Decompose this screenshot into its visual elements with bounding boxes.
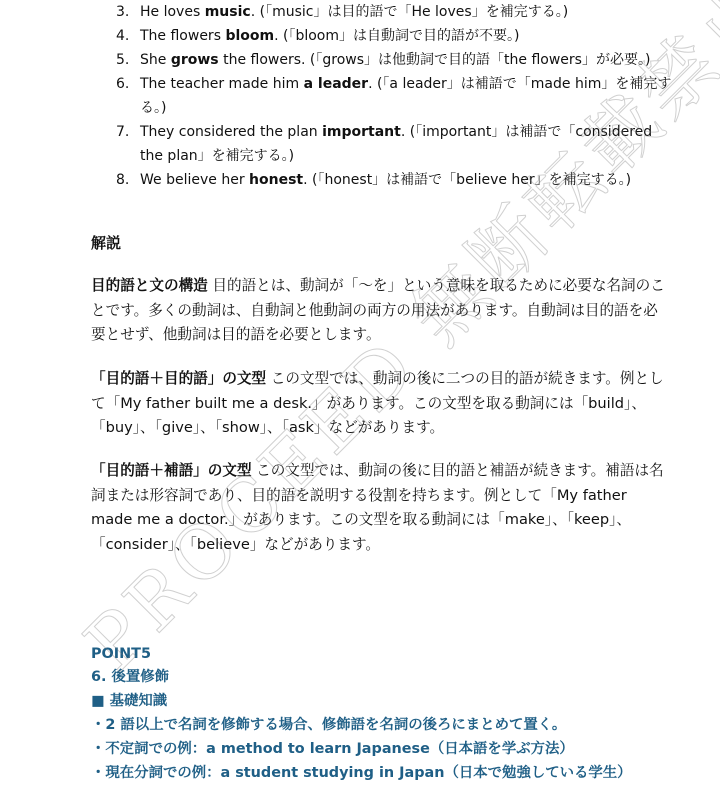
answer-item: 3.He loves music. (「music」は目的語で「He loves…	[116, 0, 676, 24]
explanation-heading: 解説	[91, 232, 121, 253]
sentence-text: She	[140, 52, 171, 68]
item-number: 7.	[116, 120, 129, 144]
sentence-text: The flowers	[140, 28, 225, 44]
answer-item: 4.The flowers bloom. (「bloom」は自動詞で目的語が不要…	[116, 24, 676, 48]
answer-emphasis: bloom	[225, 28, 274, 44]
explanation-paragraph: 「目的語＋目的語」の文型 この文型では、動詞の後に二つの目的語が続きます。例とし…	[91, 367, 671, 441]
answer-item: 7.They considered the plan important. (「…	[116, 120, 676, 168]
answer-item: 5.She grows the flowers. (「grows」は他動詞で目的…	[116, 48, 676, 72]
answer-emphasis: honest	[249, 172, 303, 188]
explanation-paragraph: 目的語と文の構造 目的語とは、動詞が「～を」という意味を取るために必要な名詞のこ…	[91, 274, 671, 348]
sentence-text: They considered the plan	[140, 124, 322, 140]
answer-emphasis: a leader	[304, 76, 368, 92]
explanation-paragraph: 「目的語＋補語」の文型 この文型では、動詞の後に目的語と補語が続きます。補語は名…	[91, 459, 671, 557]
item-number: 6.	[116, 72, 129, 96]
answer-note: . (「bloom」は自動詞で目的語が不要。)	[274, 28, 519, 44]
paragraph-title: 「目的語＋目的語」の文型	[91, 370, 266, 387]
answer-note: . (「honest」は補語で「believe her」を補完する。)	[303, 172, 631, 188]
item-number: 3.	[116, 0, 129, 24]
sentence-text: He loves	[140, 4, 205, 20]
sentence-text: We believe her	[140, 172, 249, 188]
paragraph-title: 目的語と文の構造	[91, 277, 208, 294]
paragraph-title: 「目的語＋補語」の文型	[91, 462, 252, 479]
bullet-item: ・2 語以上で名詞を修飾する場合、修飾語を名詞の後ろにまとめて置く。	[91, 714, 566, 738]
answer-note: . (「music」は目的語で「He loves」を補完する。)	[251, 4, 568, 20]
item-number: 4.	[116, 24, 129, 48]
sentence-text: The teacher made him	[140, 76, 304, 92]
answer-emphasis: grows	[171, 52, 219, 68]
item-number: 8.	[116, 168, 129, 192]
section-title: 6. 後置修飾	[91, 666, 169, 690]
answer-note: the flowers. (「grows」は他動詞で目的語「the flower…	[219, 52, 651, 68]
answer-emphasis: important	[322, 124, 401, 140]
bullet-item: ・不定詞での例：a method to learn Japanese（日本語を学…	[91, 738, 574, 762]
document-page: 3.He loves music. (「music」は目的語で「He loves…	[0, 0, 720, 799]
answer-list: 3.He loves music. (「music」は目的語で「He loves…	[116, 0, 676, 192]
answer-item: 6.The teacher made him a leader. (「a lea…	[116, 72, 676, 120]
item-number: 5.	[116, 48, 129, 72]
answer-item: 8.We believe her honest. (「honest」は補語で「b…	[116, 168, 676, 192]
answer-emphasis: music	[205, 4, 251, 20]
bullet-item: ・現在分詞での例：a student studying in Japan（日本で…	[91, 762, 632, 786]
subheading: ■ 基礎知識	[91, 690, 167, 714]
point-label: POINT5	[91, 643, 151, 667]
